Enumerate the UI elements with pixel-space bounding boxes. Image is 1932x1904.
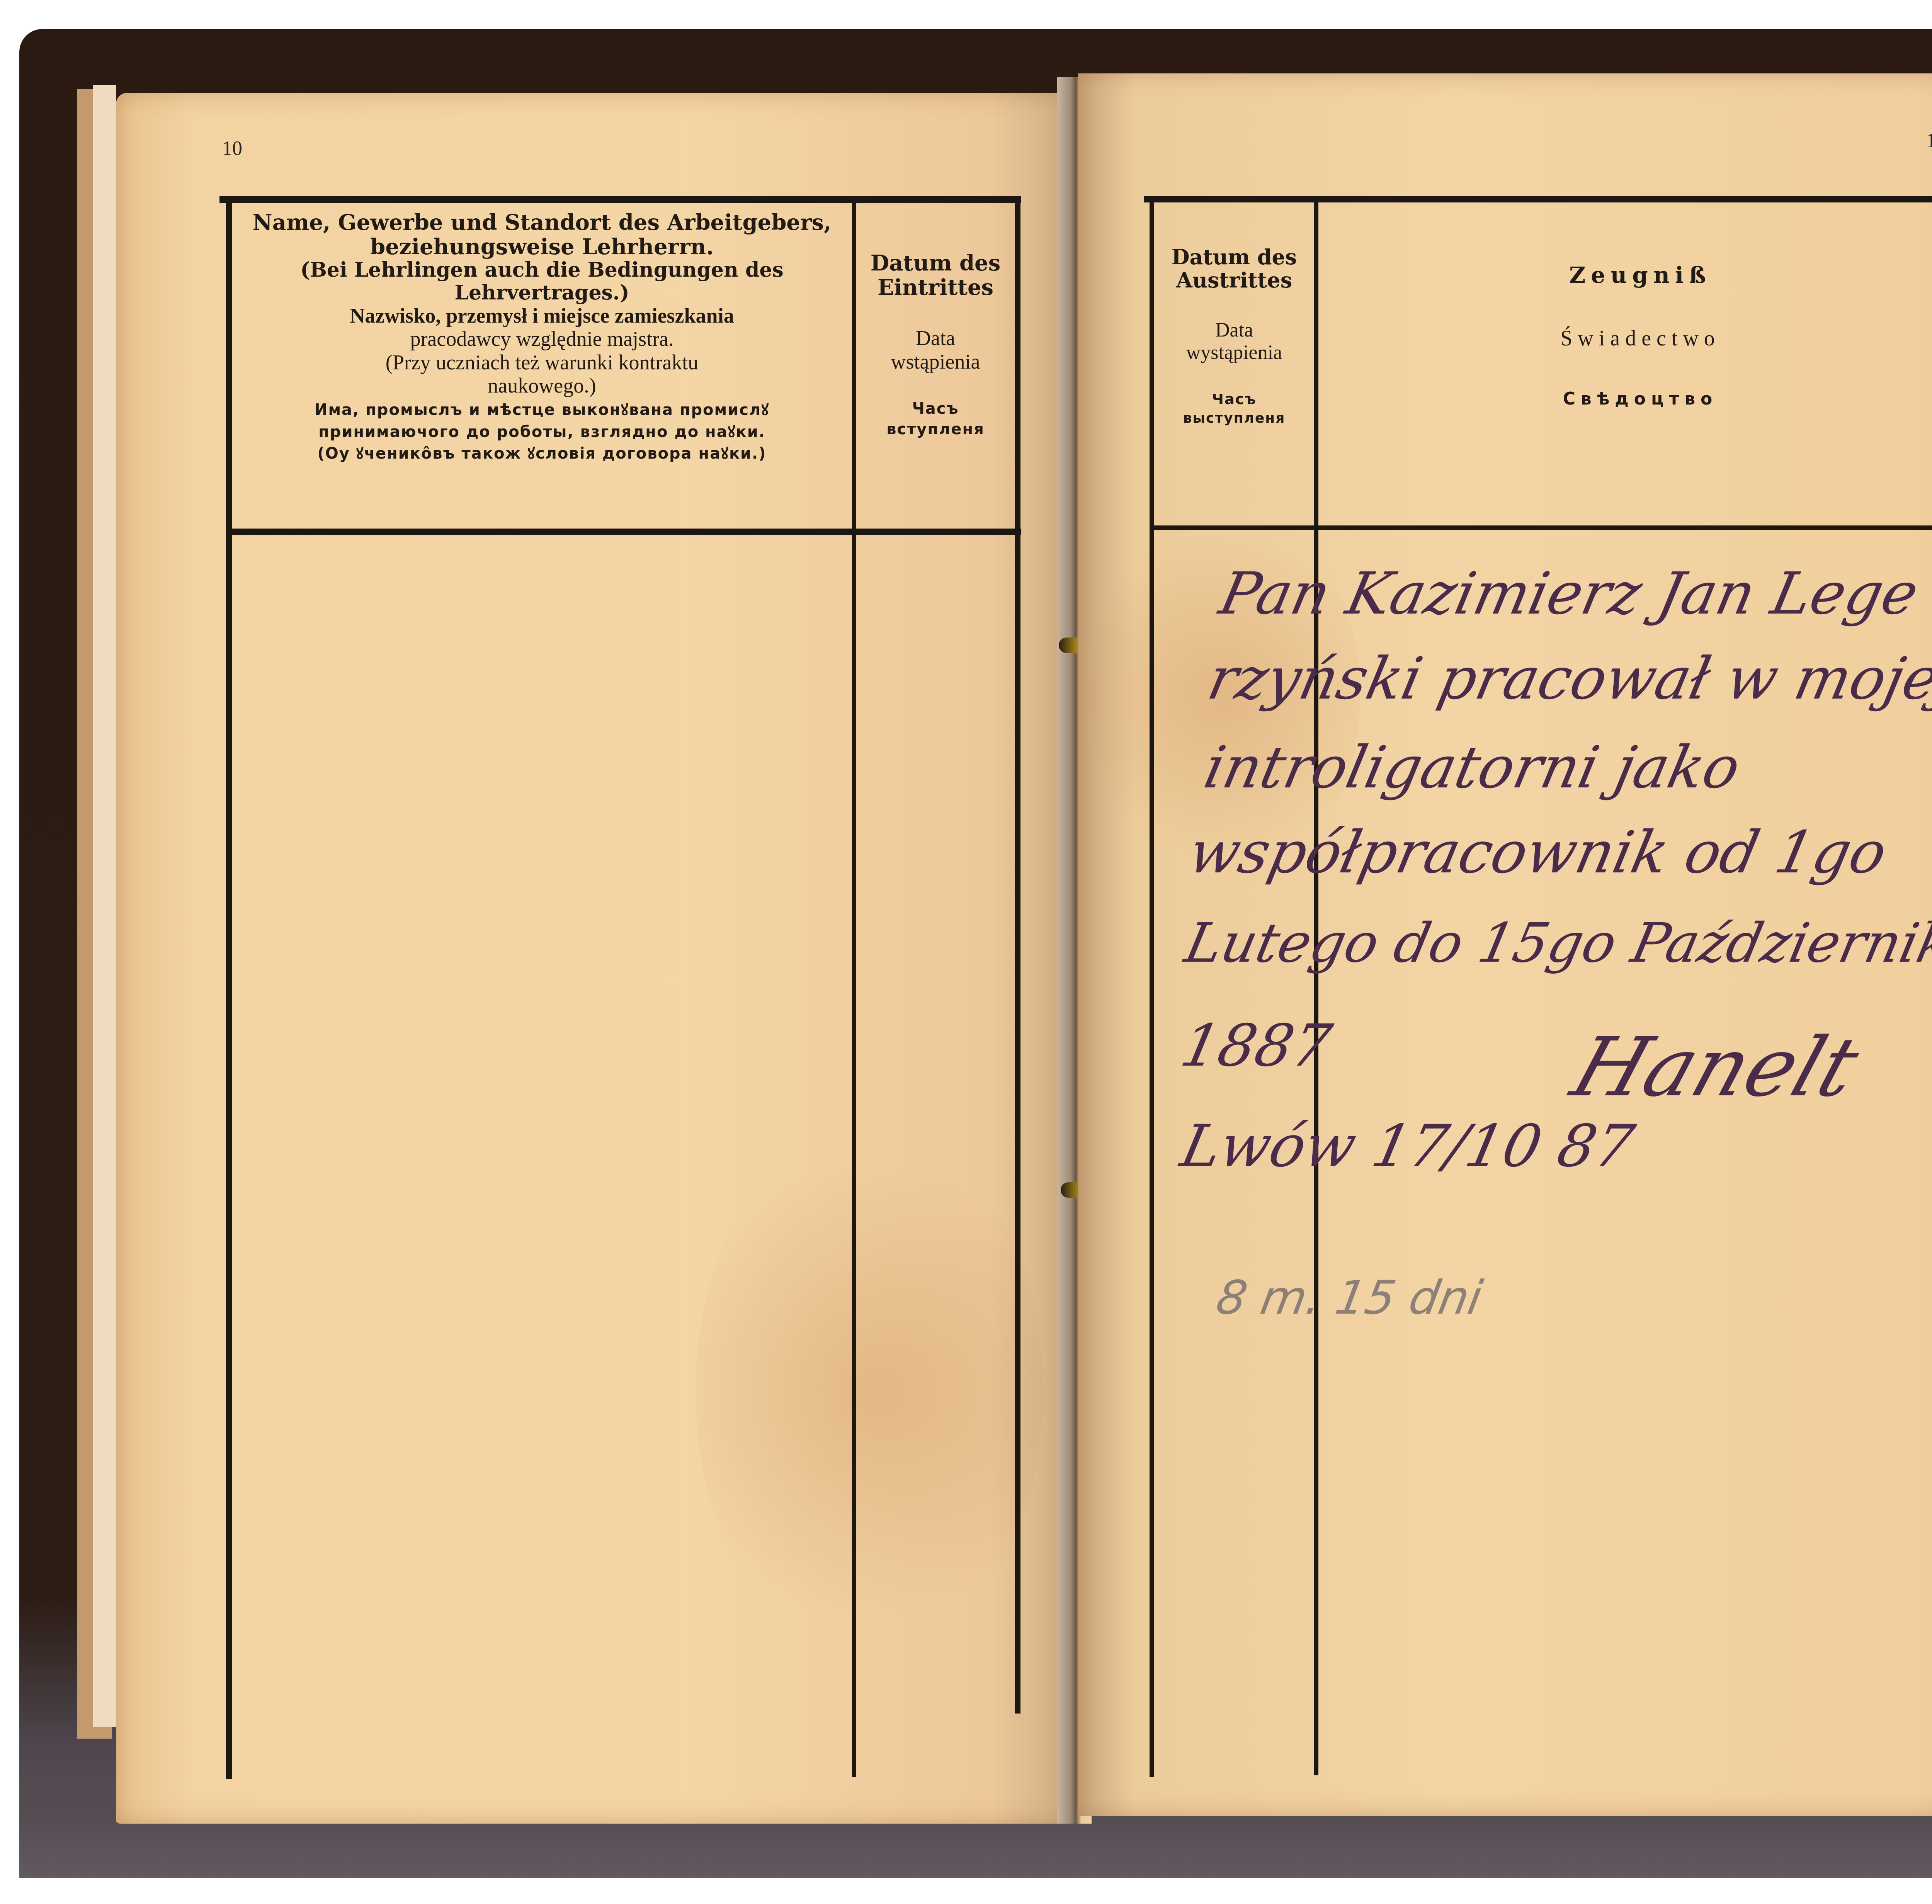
header-polish-line-4: naukowego.) [234,374,850,397]
header-polish-line-3: (Przy uczniach też warunki kontraktu [234,351,850,374]
table-left-rule [226,201,232,1779]
handwritten-place-date: Lwów 17/10 87 [1175,1113,1640,1180]
exit-date-column-header: Datum des Austrittes Data wystąpienia Ча… [1155,245,1314,426]
entry-date-column-header: Datum des Eintrittes Data wstąpienia Час… [856,251,1015,438]
entry-date-ruthenian-2: вступленя [856,421,1015,438]
employer-column-header: Name, Gewerbe und Standort des Arbeitgeb… [234,211,850,462]
entry-date-german-2: Eintrittes [856,275,1015,300]
page-number-right: 11 [1926,129,1932,152]
table-top-rule [1144,196,1932,202]
handwritten-line-1: Pan Kazimierz Jan Lege [1214,560,1924,627]
exit-date-polish-2: wystąpienia [1155,342,1314,364]
header-polish-line-2: pracodawcy względnie majstra. [234,327,850,350]
header-bottom-rule [1150,525,1932,530]
header-ruthenian-line-2: принимаючого до роботы, взглядно до наꙋк… [234,423,850,441]
handwritten-line-4: współpracownik od 1go [1183,819,1893,886]
handwritten-line-3: introligatorni jako [1199,734,1746,801]
certificate-ruthenian: Свѣдоцтво [1318,389,1932,408]
header-german-line-2: beziehungsweise Lehrherrn. [234,235,850,259]
header-german-line-4: Lehrvertrages.) [234,282,850,304]
entry-date-german-1: Datum des [856,251,1015,275]
entry-date-ruthenian-1: Часъ [856,400,1015,418]
handwritten-year: 1887 [1175,1012,1337,1079]
exit-date-german-2: Austrittes [1155,269,1314,292]
exit-date-polish-1: Data [1155,319,1314,342]
entry-date-polish-1: Data [856,326,1015,350]
certificate-german: Zeugniß [1318,263,1932,288]
header-german-line-3: (Bei Lehrlingen auch die Bedingungen des [234,259,850,281]
table-left-rule [1150,199,1154,1777]
header-polish-line-1: Nazwisko, przemysł i miejsce zamieszkani… [234,304,850,327]
entry-date-polish-2: wstąpienia [856,350,1015,373]
column-divider [852,201,856,1777]
handwritten-line-2: rzyński pracował w mojej [1202,645,1932,712]
certificate-polish: Świadectwo [1318,326,1932,351]
table-top-rule [219,196,1021,203]
column-divider [1314,199,1318,1775]
certificate-column-header: Zeugniß Świadectwo Свѣдоцтво [1318,263,1932,408]
header-bottom-rule [226,529,1021,535]
pencil-note: 8 m. 15 dni [1213,1271,1486,1325]
page-number-left: 10 [222,137,242,160]
handwritten-line-5: Lutego do 15go Października [1180,912,1932,975]
header-ruthenian-line-3: (Оу ꙋченикôвъ також ꙋсловія договора наꙋ… [234,445,850,462]
table-right-rule [1015,201,1020,1714]
exit-date-ruthenian-2: выступленя [1155,411,1314,426]
header-ruthenian-line-1: Има, промыслъ и мѣстце выконꙋвана промис… [234,401,850,419]
header-german-line-1: Name, Gewerbe und Standort des Arbeitgeb… [234,211,850,235]
paper-stain [696,1120,1043,1661]
exit-date-german-1: Datum des [1155,245,1314,269]
page-stack-edge-light [93,85,116,1727]
exit-date-ruthenian-1: Часъ [1155,391,1314,408]
employer-signature: Hanelt [1561,1020,1870,1115]
